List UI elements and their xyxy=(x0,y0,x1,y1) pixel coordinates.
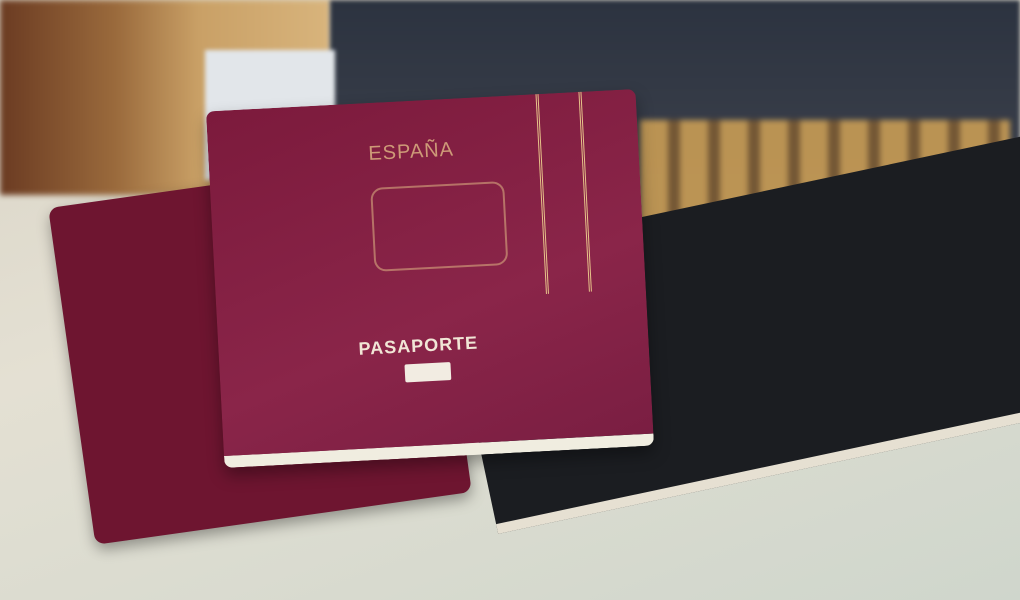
passport-title: PASAPORTE xyxy=(358,333,479,360)
passport-country: ESPAÑA xyxy=(368,139,455,166)
biometric-chip-icon xyxy=(404,362,451,382)
photo-scene: ESPAÑA PASAPORTE xyxy=(0,0,1020,600)
gold-stripes xyxy=(536,92,592,294)
coat-of-arms-icon xyxy=(370,181,508,272)
passport-front: ESPAÑA PASAPORTE xyxy=(206,89,654,468)
